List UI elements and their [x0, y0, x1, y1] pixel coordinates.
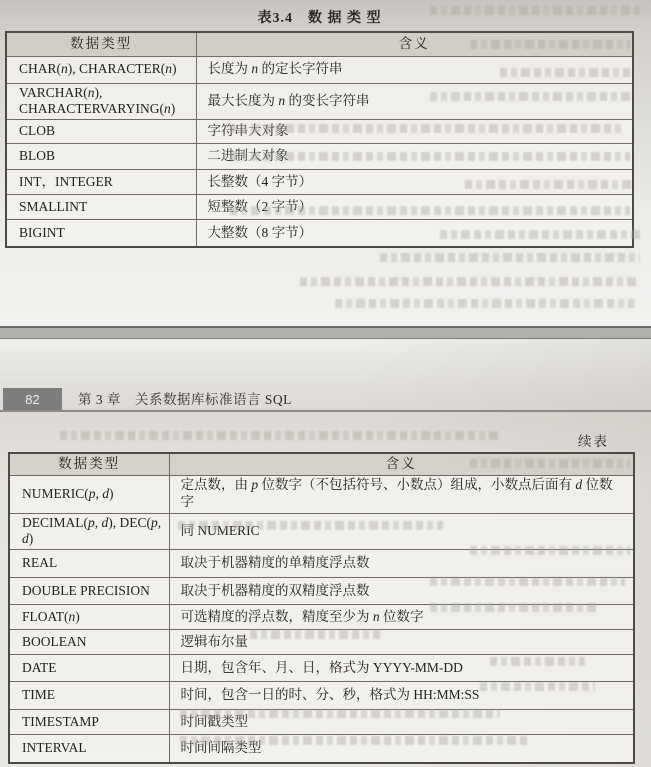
table-row: INTERVAL时间间隔类型: [9, 735, 634, 763]
cell-type-name: CLOB: [6, 120, 196, 144]
cell-type-name: BIGINT: [6, 220, 196, 247]
cell-type-name: BOOLEAN: [9, 630, 169, 655]
table-row: DATE日期，包含年、月、日，格式为 YYYY-MM-DD: [9, 655, 634, 682]
page-number-badge: 82: [3, 388, 62, 410]
column-header-meaning: 含义: [169, 453, 634, 475]
table-row: TIME时间，包含一日的时、分、秒，格式为 HH:MM:SS: [9, 682, 634, 710]
table-row: FLOAT(n)可选精度的浮点数，精度至少为 n 位数字: [9, 605, 634, 630]
scanned-textbook-page: 表3.4 数 据 类 型 数据类型 含义 CHAR(n), CHARACTER(…: [0, 0, 651, 767]
continued-table-label: 续表: [578, 430, 609, 450]
header-row: 数据类型 含义: [9, 453, 634, 475]
table-row: CLOB字符串大对象: [6, 120, 633, 144]
table-row: BLOB二进制大对象: [6, 144, 633, 170]
cell-meaning: 时间间隔类型: [169, 735, 634, 763]
cell-meaning: 长度为 n 的定长字符串: [196, 56, 633, 83]
cell-meaning: 逻辑布尔量: [169, 630, 634, 655]
chapter-heading: 第 3 章 关系数据库标准语言 SQL: [78, 390, 292, 410]
cell-type-name: TIMESTAMP: [9, 710, 169, 735]
cell-meaning: 日期，包含年、月、日，格式为 YYYY-MM-DD: [169, 655, 634, 682]
cell-meaning: 短整数（2 字节）: [196, 195, 633, 220]
cell-type-name: TIME: [9, 682, 169, 710]
table-row: NUMERIC(p, d)定点数，由 p 位数字（不包括符号、小数点）组成，小数…: [9, 475, 634, 513]
data-type-table-part1: 数据类型 含义 CHAR(n), CHARACTER(n)长度为 n 的定长字符…: [5, 31, 634, 248]
cell-meaning: 同 NUMERIC: [169, 513, 634, 550]
table-caption: 表3.4 数 据 类 型: [5, 7, 634, 27]
cell-type-name: DOUBLE PRECISION: [9, 578, 169, 605]
cell-meaning: 取决于机器精度的单精度浮点数: [169, 550, 634, 578]
table-row: INT，INTEGER长整数（4 字节）: [6, 170, 633, 195]
page-separator-bar: [0, 326, 651, 339]
cell-meaning: 长整数（4 字节）: [196, 170, 633, 195]
column-header-type: 数据类型: [6, 32, 196, 56]
header-row: 数据类型 含义: [6, 32, 633, 56]
table-row: VARCHAR(n), CHARACTERVARYING(n)最大长度为 n 的…: [6, 83, 633, 120]
table-row: CHAR(n), CHARACTER(n)长度为 n 的定长字符串: [6, 56, 633, 83]
cell-meaning: 取决于机器精度的双精度浮点数: [169, 578, 634, 605]
table-row: TIMESTAMP时间戳类型: [9, 710, 634, 735]
cell-meaning: 时间，包含一日的时、分、秒，格式为 HH:MM:SS: [169, 682, 634, 710]
table-row: REAL取决于机器精度的单精度浮点数: [9, 550, 634, 578]
running-head-rule: [0, 410, 651, 412]
data-type-table-part2: 数据类型 含义 NUMERIC(p, d)定点数，由 p 位数字（不包括符号、小…: [8, 452, 635, 764]
cell-meaning: 定点数，由 p 位数字（不包括符号、小数点）组成，小数点后面有 d 位数字: [169, 475, 634, 513]
cell-meaning: 大整数（8 字节）: [196, 220, 633, 247]
cell-type-name: SMALLINT: [6, 195, 196, 220]
cell-meaning: 可选精度的浮点数，精度至少为 n 位数字: [169, 605, 634, 630]
table-row: SMALLINT短整数（2 字节）: [6, 195, 633, 220]
cell-type-name: INTERVAL: [9, 735, 169, 763]
table-row: DECIMAL(p, d), DEC(p, d)同 NUMERIC: [9, 513, 634, 550]
table-row: DOUBLE PRECISION取决于机器精度的双精度浮点数: [9, 578, 634, 605]
cell-type-name: CHAR(n), CHARACTER(n): [6, 56, 196, 83]
cell-meaning: 最大长度为 n 的变长字符串: [196, 83, 633, 120]
cell-type-name: REAL: [9, 550, 169, 578]
cell-type-name: FLOAT(n): [9, 605, 169, 630]
table-row: BOOLEAN逻辑布尔量: [9, 630, 634, 655]
column-header-type: 数据类型: [9, 453, 169, 475]
column-header-meaning: 含义: [196, 32, 633, 56]
table-row: BIGINT大整数（8 字节）: [6, 220, 633, 247]
cell-type-name: NUMERIC(p, d): [9, 475, 169, 513]
cell-meaning: 字符串大对象: [196, 120, 633, 144]
cell-type-name: DECIMAL(p, d), DEC(p, d): [9, 513, 169, 550]
cell-type-name: VARCHAR(n), CHARACTERVARYING(n): [6, 83, 196, 120]
cell-meaning: 二进制大对象: [196, 144, 633, 170]
cell-type-name: BLOB: [6, 144, 196, 170]
cell-type-name: DATE: [9, 655, 169, 682]
cell-type-name: INT，INTEGER: [6, 170, 196, 195]
cell-meaning: 时间戳类型: [169, 710, 634, 735]
